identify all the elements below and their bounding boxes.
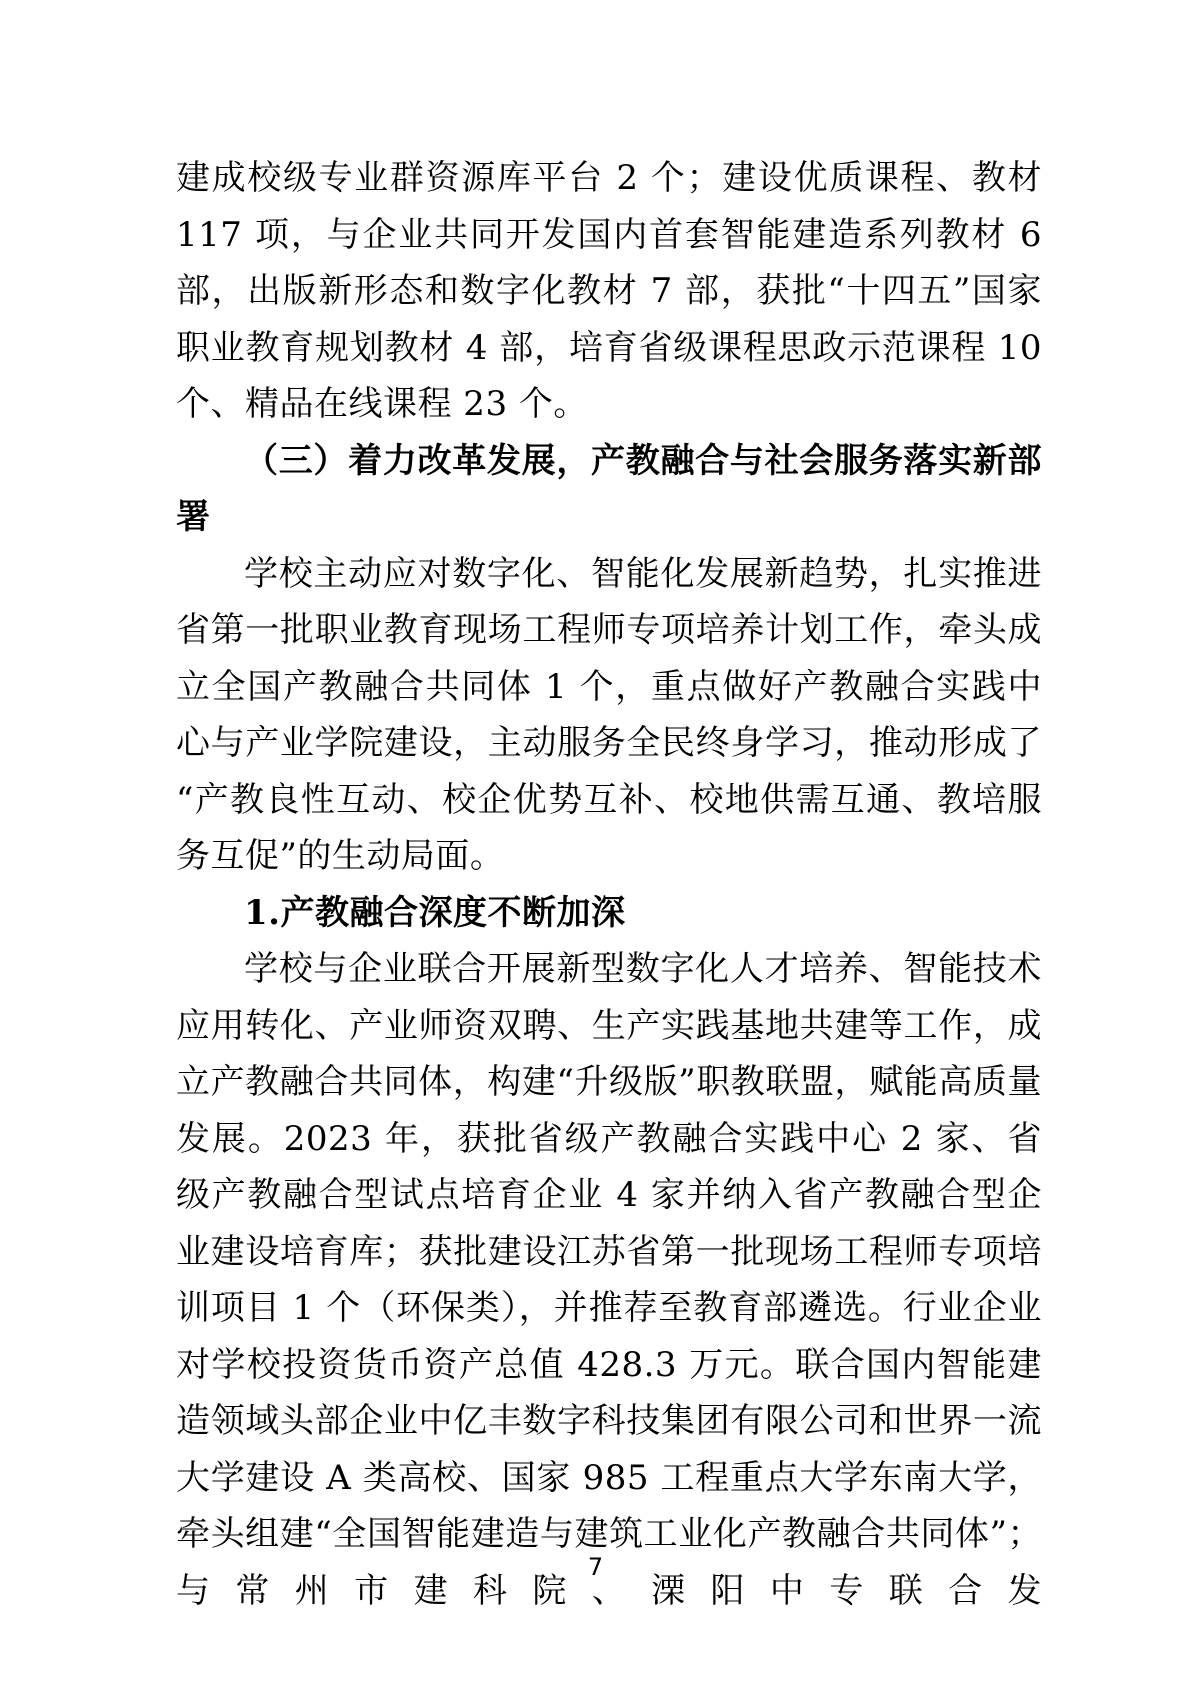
page-number: 7 — [0, 1552, 1191, 1582]
document-body: 建成校级专业群资源库平台 2 个；建设优质课程、教材 117 项，与企业共同开发… — [176, 150, 1042, 1619]
body-paragraph-continuation: 建成校级专业群资源库平台 2 个；建设优质课程、教材 117 项，与企业共同开发… — [176, 150, 1042, 433]
subsection-heading: 1.产教融合深度不断加深 — [176, 885, 1042, 942]
document-page: 建成校级专业群资源库平台 2 个；建设优质课程、教材 117 项，与企业共同开发… — [0, 0, 1191, 1684]
body-paragraph: 学校与企业联合开展新型数字化人才培养、智能技术应用转化、产业师资双聘、生产实践基… — [176, 941, 1042, 1619]
body-paragraph: 学校主动应对数字化、智能化发展新趋势，扎实推进省第一批职业教育现场工程师专项培养… — [176, 546, 1042, 885]
section-heading: （三）着力改革发展，产教融合与社会服务落实新部署 — [176, 433, 1042, 546]
